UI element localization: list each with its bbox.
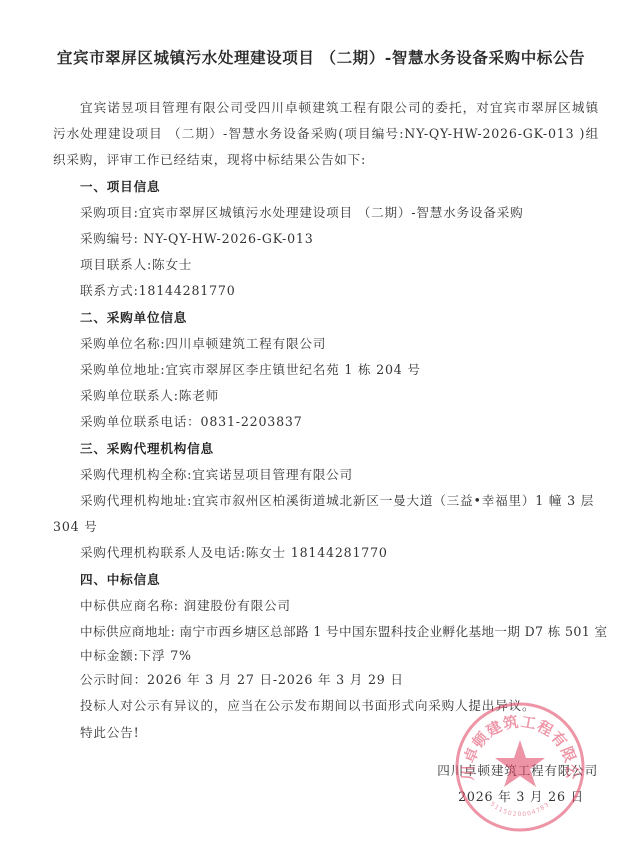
publicity-period: 公示时间：2026 年 3 月 27 日-2026 年 3 月 29 日 (53, 667, 599, 693)
section-heading-project-info: 一、项目信息 (53, 174, 599, 200)
contact-phone: 联系方式:18144281770 (53, 278, 599, 304)
agency-address-continued: 304 号 (53, 514, 599, 540)
procurement-project: 采购项目:宜宾市翠屏区城镇污水处理建设项目 （二期）-智慧水务设备采购 (53, 200, 599, 226)
closing-remark: 特此公告! (53, 720, 599, 746)
agency-name: 采购代理机构全称:宜宾诺昱项目管理有限公司 (53, 462, 599, 488)
signature-company: 四川卓顿建筑工程有限公司 (398, 760, 598, 779)
objection-notice: 投标人对公示有异议的，应当在公示发布期间以书面形式向采购人提出异议。 (53, 693, 599, 719)
document-body: 宜宾诺昱项目管理有限公司受四川卓顿建筑工程有限公司的委托，对宜宾市翠屏区城镇污水… (53, 95, 599, 746)
document-page: 宜宾市翠屏区城镇污水处理建设项目 （二期）-智慧水务设备采购中标公告 宜宾诺昱项… (0, 0, 642, 858)
agency-address: 采购代理机构地址:宜宾市叙州区柏溪街道城北新区一曼大道（三益•幸福里）1 幢 3… (53, 488, 599, 514)
winning-supplier-address: 中标供应商地址: 南宁市西乡塘区总部路 1 号中国东盟科技企业孵化基地一期 D7… (53, 619, 599, 645)
intro-paragraph: 宜宾诺昱项目管理有限公司受四川卓顿建筑工程有限公司的委托，对宜宾市翠屏区城镇污水… (53, 95, 599, 174)
purchaser-name: 采购单位名称:四川卓顿建筑工程有限公司 (53, 331, 599, 357)
section-heading-purchaser-info: 二、采购单位信息 (53, 305, 599, 331)
purchaser-phone: 采购单位联系电话：0831-2203837 (53, 409, 599, 435)
award-amount: 中标金额:下浮 7% (53, 645, 599, 667)
section-heading-agency-info: 三、采购代理机构信息 (53, 436, 599, 462)
purchaser-address: 采购单位地址:宜宾市翠屏区李庄镇世纪名苑 1 栋 204 号 (53, 357, 599, 383)
purchaser-contact: 采购单位联系人:陈老师 (53, 383, 599, 409)
project-contact: 项目联系人:陈女士 (53, 252, 599, 278)
section-heading-award-info: 四、中标信息 (53, 567, 599, 593)
winning-supplier-name: 中标供应商名称: 润建股份有限公司 (53, 593, 599, 619)
document-title: 宜宾市翠屏区城镇污水处理建设项目 （二期）-智慧水务设备采购中标公告 (0, 46, 642, 68)
agency-contact: 采购代理机构联系人及电话:陈女士 18144281770 (53, 540, 599, 566)
procurement-number: 采购编号: NY-QY-HW-2026-GK-013 (53, 226, 599, 252)
signature-date: 2026 年 3 月 26 日 (384, 786, 584, 805)
